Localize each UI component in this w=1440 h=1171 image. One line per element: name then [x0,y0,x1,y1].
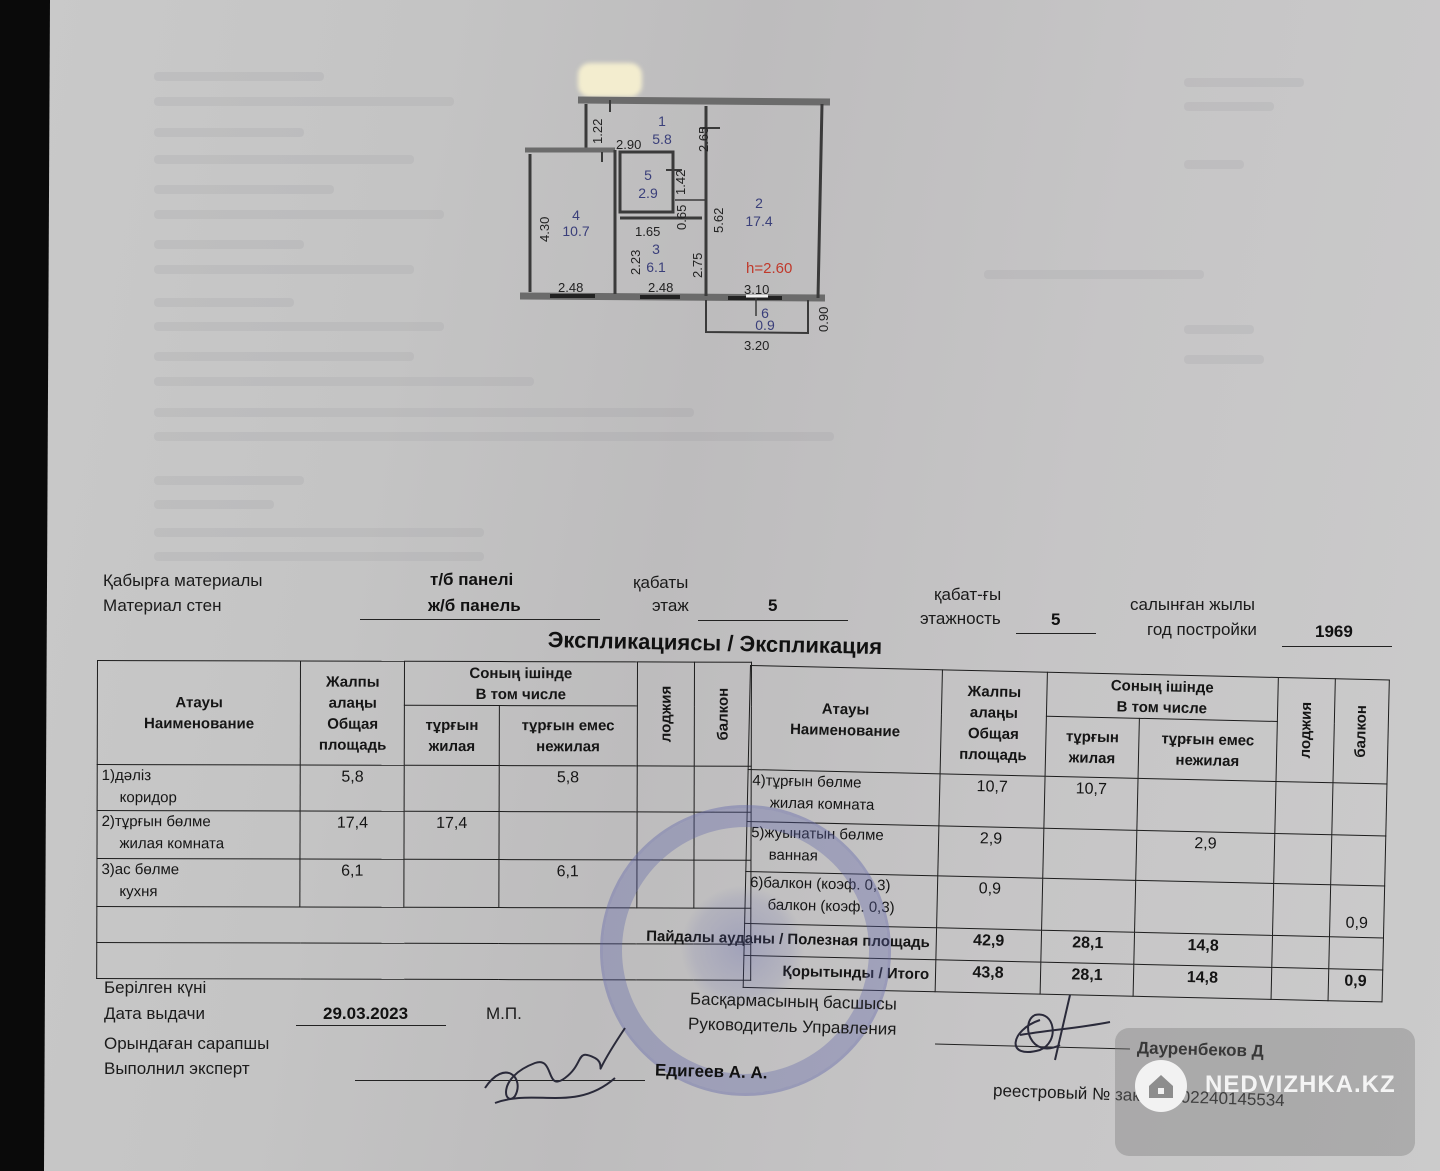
wall-material-value-ru: ж/б панель [428,596,521,616]
floors-total-label-kz: қабат-ғы [934,585,1001,605]
issue-date-value: 29.03.2023 [323,1004,408,1024]
summary-loggia [1271,967,1329,1000]
summary-balcony: 0,9 [1328,969,1383,1002]
dim-5-62: 5.62 [711,208,726,233]
living-area-cell: 10,7 [1044,776,1139,830]
summary-nonliving: 14,8 [1133,964,1271,999]
living-area-cell [404,765,499,811]
dim-2-90: 2.90 [616,137,641,152]
year-label-kz: салынған жылы [1130,595,1255,615]
floor-plan-drawing: 1.22 2.90 2.65 1.42 0.65 5.62 4.30 1.65 … [520,60,840,360]
header-including: Соның ішіндеВ том числе [405,661,637,706]
living-area-cell [404,859,499,907]
house-icon [1135,1060,1187,1112]
header-living: тұрғынжилая [1045,716,1140,778]
dim-2-48-a: 2.48 [558,280,583,295]
dim-0-65: 0.65 [674,205,689,230]
wall-material-underline [360,619,600,620]
total-area-cell: 2,9 [938,826,1044,878]
total-area-cell: 5,8 [301,765,405,811]
room-4-number: 4 [572,207,580,223]
loggia-cell [1274,781,1333,834]
summary-nonliving: 14,8 [1134,932,1272,967]
year-value: 1969 [1315,622,1353,642]
ceiling-height: h=2.60 [746,260,792,277]
header-name: АтауыНаименование [748,666,942,774]
room-2-area: 17.4 [745,213,772,229]
floor-label-kz: қабаты [633,573,688,593]
living-area-cell [1041,878,1136,932]
loggia-cell [1272,883,1331,936]
living-area-cell: 17,4 [404,811,499,859]
nonliving-area-cell: 2,9 [1136,830,1274,883]
balcony-cell [1331,835,1386,886]
total-area-cell: 10,7 [939,774,1045,828]
nonliving-area-cell [1135,880,1273,935]
summary-balcony [1329,937,1384,970]
header-balcony: балкон [694,662,751,766]
nonliving-area-cell [499,812,637,860]
nonliving-area-cell [1137,778,1275,833]
summary-living: 28,1 [1041,930,1135,964]
room-5-area: 2.9 [638,185,658,201]
room-5-number: 5 [644,167,652,183]
header-living: тұрғынжилая [404,705,499,765]
floors-total-underline [1016,633,1096,634]
floor-label-ru: этаж [652,596,689,616]
living-area-cell [1042,828,1137,880]
header-including: Соның ішіндеВ том числе [1046,672,1278,721]
dim-2-23: 2.23 [628,250,643,275]
header-balcony: балкон [1333,679,1389,784]
header-nonliving: тұрғын емеснежилая [499,706,637,766]
floor-value: 5 [768,596,777,616]
wall-material-label-kz: Қабырға материалы [103,571,263,591]
table-row: 1)дәлізкоридор5,85,8 [97,765,751,813]
nonliving-area-cell: 5,8 [499,766,637,812]
header-total-area: ЖалпыалаңыОбщаяплощадь [301,661,405,765]
room-3-area: 6.1 [646,259,666,275]
balcony-cell: 0,9 [1329,885,1384,938]
loggia-cell [1273,833,1332,884]
expert-signature [475,1018,635,1118]
header-loggia: лоджия [637,662,695,766]
year-underline [1282,646,1392,647]
room-1-area: 5.8 [652,131,672,147]
dim-1-42: 1.42 [673,170,688,195]
floor-plan: 1.22 2.90 2.65 1.42 0.65 5.62 4.30 1.65 … [520,60,840,360]
dim-2-48-b: 2.48 [648,280,673,295]
room-3-number: 3 [652,241,660,257]
total-area-cell: 0,9 [937,876,1043,930]
expert-label-kz: Орындаған сарапшы [104,1034,269,1054]
room-name: 1)дәлізкоридор [97,765,301,812]
wall-material-label-ru: Материал стен [103,596,221,616]
header-total-area: ЖалпыалаңыОбщаяплощадь [940,670,1047,776]
floors-total-label-ru: этажность [920,609,1001,629]
summary-total: 43,8 [935,960,1040,994]
floors-total-value: 5 [1051,610,1060,630]
watermark-text: NEDVIZHKA.KZ [1205,1071,1396,1099]
summary-loggia [1271,935,1329,968]
dim-3-10: 3.10 [744,282,769,297]
dim-2-65: 2.65 [696,127,711,152]
room-2-number: 2 [755,195,763,211]
issue-date-label-kz: Берілген күні [104,978,206,998]
header-loggia: лоджия [1276,677,1336,782]
expert-label-ru: Выполнил эксперт [104,1059,250,1079]
issue-date-label-ru: Дата выдачи [104,1004,205,1024]
dim-1-65: 1.65 [635,224,660,239]
wall-material-value-kz: т/б панелі [430,570,513,590]
loggia-cell [637,766,695,812]
dim-2-75: 2.75 [690,253,705,278]
balcony-cell [1332,783,1387,836]
dim-1-22: 1.22 [590,119,605,144]
dim-3-20: 3.20 [744,338,769,353]
header-name: АтауыНаименование [97,661,301,766]
head-signature [1000,990,1120,1070]
expert-name: Едигеев А. А. [655,1061,768,1084]
dim-0-90: 0.90 [816,307,831,332]
room-name: 2)тұрғын бөлмежилая комната [97,811,301,860]
header-nonliving: тұрғын емеснежилая [1138,718,1277,781]
summary-total: 42,9 [936,928,1041,962]
room-name: 3)ас бөлмекухня [97,859,301,908]
room-1-number: 1 [658,113,666,129]
total-area-cell: 17,4 [300,811,404,859]
total-area-cell: 6,1 [300,859,404,907]
year-label-ru: год постройки [1147,620,1257,640]
dim-4-30: 4.30 [537,217,552,242]
floor-underline [698,620,848,621]
room-4-area: 10.7 [562,223,589,239]
issue-date-underline [296,1025,446,1026]
room-6-area: 0.9 [755,317,775,333]
